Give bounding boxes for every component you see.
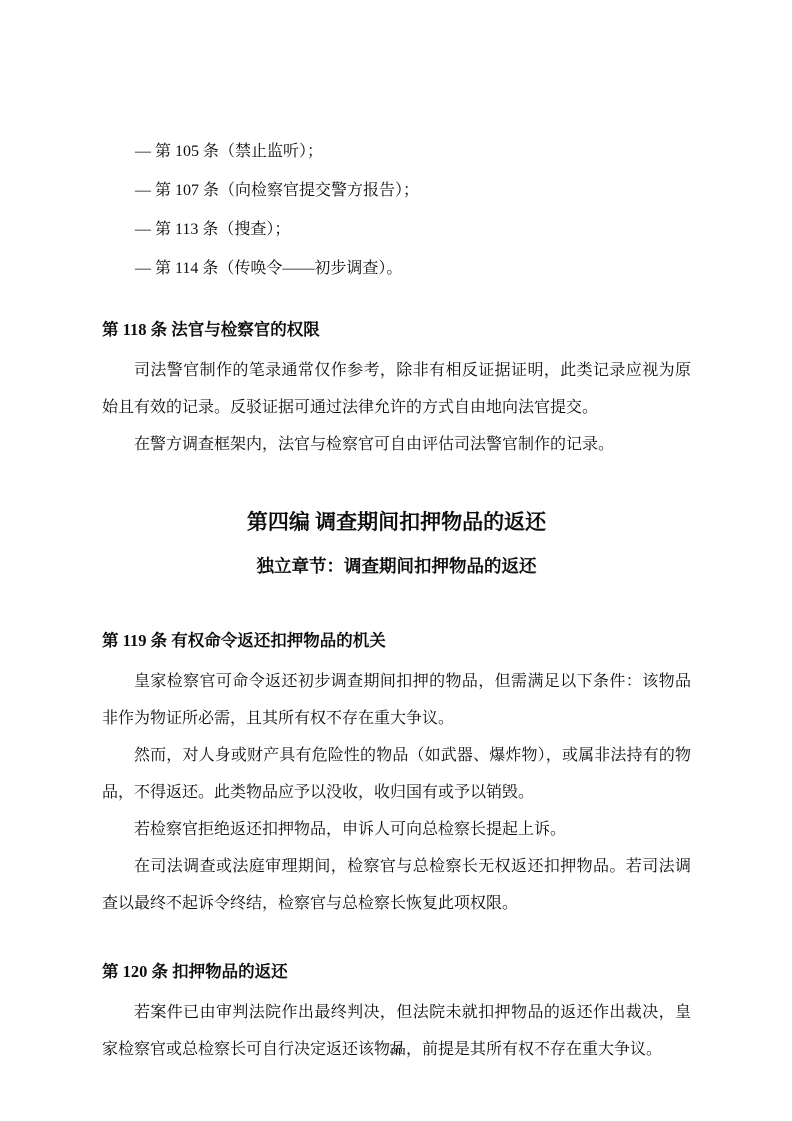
document-page: — 第 105 条（禁止监听）； — 第 107 条（向检察官提交警方报告）； … <box>0 0 793 1122</box>
page-number: 38 <box>0 1041 792 1057</box>
part-heading: 第四编 调查期间扣押物品的返还 <box>102 507 691 537</box>
article-119-paragraph: 在司法调查或法庭审理期间，检察官与总检察长无权返还扣押物品。若司法调查以最终不起… <box>102 848 691 922</box>
article-118-paragraph: 司法警官制作的笔录通常仅作参考，除非有相反证据证明，此类记录应视为原始且有效的记… <box>102 352 691 426</box>
article-reference-list: — 第 105 条（禁止监听）； — 第 107 条（向检察官提交警方报告）； … <box>102 132 691 288</box>
list-item: — 第 107 条（向检察官提交警方报告）； <box>135 171 691 210</box>
article-118-paragraph: 在警方调查框架内，法官与检察官可自由评估司法警官制作的记录。 <box>102 426 691 463</box>
article-119-heading: 第 119 条 有权命令返还扣押物品的机关 <box>102 625 691 657</box>
list-item: — 第 114 条（传唤令——初步调查）。 <box>135 249 691 288</box>
article-118-heading: 第 118 条 法官与检察官的权限 <box>102 314 691 346</box>
chapter-heading: 独立章节：调查期间扣押物品的返还 <box>102 553 691 579</box>
list-item: — 第 113 条（搜查）； <box>135 210 691 249</box>
article-119: 第 119 条 有权命令返还扣押物品的机关 皇家检察官可命令返还初步调查期间扣押… <box>102 625 691 922</box>
article-120-heading: 第 120 条 扣押物品的返还 <box>102 956 691 988</box>
article-119-paragraph: 皇家检察官可命令返还初步调查期间扣押的物品，但需满足以下条件：该物品非作为物证所… <box>102 663 691 737</box>
article-119-paragraph: 然而，对人身或财产具有危险性的物品（如武器、爆炸物），或属非法持有的物品，不得返… <box>102 737 691 811</box>
article-119-paragraph: 若检察官拒绝返还扣押物品，申诉人可向总检察长提起上诉。 <box>102 811 691 848</box>
article-118: 第 118 条 法官与检察官的权限 司法警官制作的笔录通常仅作参考，除非有相反证… <box>102 314 691 463</box>
list-item: — 第 105 条（禁止监听）； <box>135 132 691 171</box>
